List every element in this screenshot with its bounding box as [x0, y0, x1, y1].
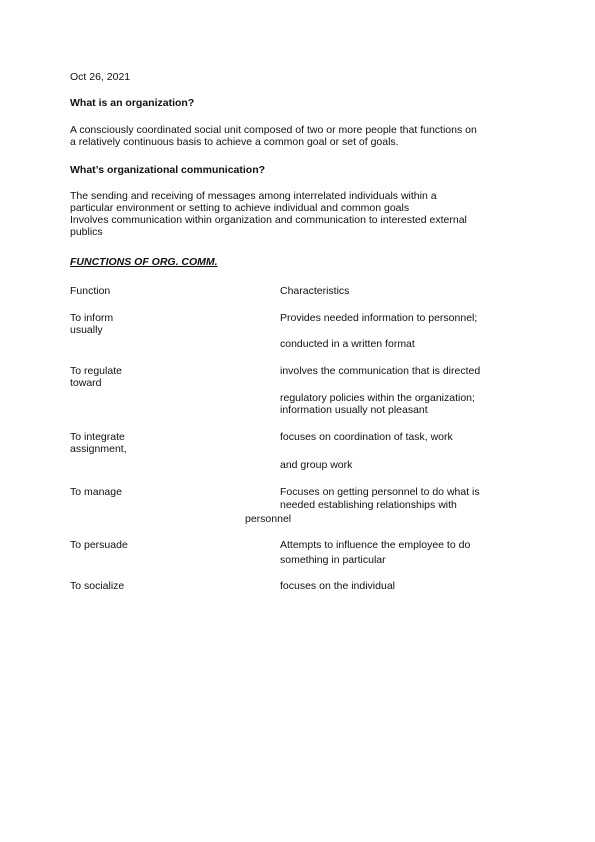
characteristic-line: needed establishing relationships with: [280, 499, 457, 511]
function-name: To persuade: [70, 539, 128, 551]
column-header-function: Function: [70, 285, 110, 297]
paragraph-line: particular environment or setting to ach…: [70, 202, 409, 214]
characteristic-line: something in particular: [280, 554, 386, 566]
paragraph-line: publics: [70, 226, 103, 238]
paragraph-line: a relatively continuous basis to achieve…: [70, 136, 399, 148]
function-name: To inform: [70, 312, 113, 324]
heading-organization: What is an organization?: [70, 97, 194, 109]
characteristic-line: and group work: [280, 459, 352, 471]
characteristic-line: Focuses on getting personnel to do what …: [280, 486, 480, 498]
characteristic-line: focuses on the individual: [280, 580, 395, 592]
function-name: To manage: [70, 486, 122, 498]
characteristic-line: Attempts to influence the employee to do: [280, 539, 470, 551]
heading-functions: FUNCTIONS OF ORG. COMM.: [70, 256, 218, 268]
characteristic-line: focuses on coordination of task, work: [280, 431, 453, 443]
function-extra: usually: [70, 324, 103, 336]
function-extra: assignment,: [70, 443, 127, 455]
function-name: To regulate: [70, 365, 122, 377]
characteristic-line: involves the communication that is direc…: [280, 365, 480, 377]
function-extra: toward: [70, 377, 102, 389]
column-header-characteristics: Characteristics: [280, 285, 349, 297]
function-name: To socialize: [70, 580, 124, 592]
characteristic-line: personnel: [245, 513, 291, 525]
characteristic-line: regulatory policies within the organizat…: [280, 392, 475, 404]
characteristic-line: information usually not pleasant: [280, 404, 428, 416]
date: Oct 26, 2021: [70, 71, 130, 83]
characteristic-line: conducted in a written format: [280, 338, 415, 350]
characteristic-line: Provides needed information to personnel…: [280, 312, 477, 324]
function-name: To integrate: [70, 431, 125, 443]
heading-org-communication: What’s organizational communication?: [70, 164, 265, 176]
paragraph-line: Involves communication within organizati…: [70, 214, 467, 226]
paragraph-line: A consciously coordinated social unit co…: [70, 124, 477, 136]
paragraph-line: The sending and receiving of messages am…: [70, 190, 437, 202]
